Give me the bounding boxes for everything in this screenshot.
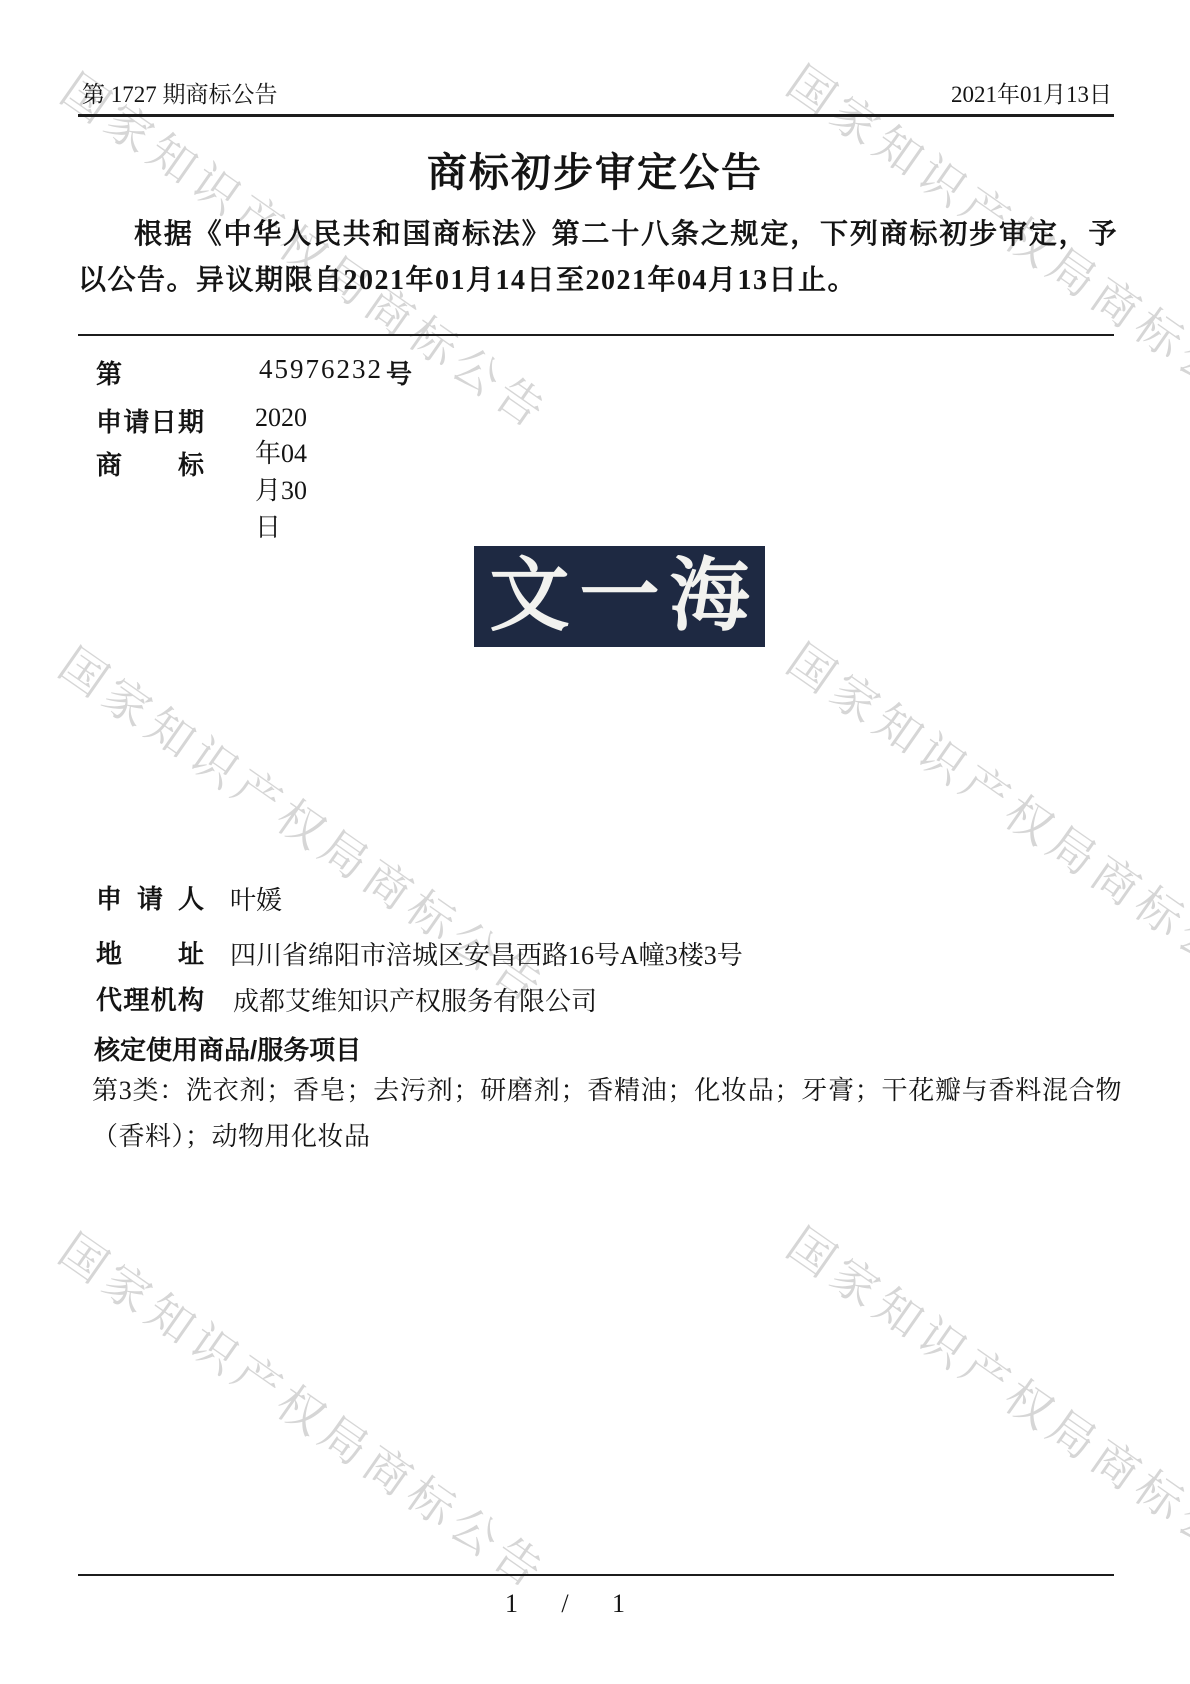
trademark-image: 文一海 [474, 546, 765, 647]
number-suffix-label: 号 [386, 354, 412, 391]
intro-paragraph: 根据《中华人民共和国商标法》第二十八条之规定，下列商标初步审定，予以公告。异议期… [78, 212, 1118, 304]
address-value: 四川省绵阳市涪城区安昌西路16号A幢3楼3号 [230, 935, 743, 972]
agency-label: 代理机构 [96, 980, 204, 1017]
address-label: 地址 [96, 934, 204, 971]
agency-row: 代理机构 成都艾维知识产权服务有限公司 [96, 980, 204, 1017]
content-layer: 第 1727 期商标公告 2021年01月13日 商标初步审定公告 根据《中华人… [0, 0, 1190, 1684]
mark-label-row: 商标 [96, 445, 204, 482]
applicant-name-value: 叶媛 [230, 880, 282, 917]
trademark-text: 文一海 [480, 557, 760, 637]
current-page: 1 [505, 1589, 518, 1619]
application-date-value: 2020年04月30日 [255, 403, 307, 544]
applicant-name-row: 申请人 叶媛 [96, 879, 204, 916]
mark-label: 商标 [96, 445, 204, 482]
header-divider [78, 114, 1114, 117]
page-number: 1 / 1 [505, 1589, 625, 1619]
gazette-date: 2021年01月13日 [951, 76, 1112, 109]
goods-description: 第3类：洗衣剂；香皂；去污剂；研磨剂；香精油；化妆品；牙膏；干花瓣与香料混合物（… [92, 1068, 1122, 1160]
registration-number: 45976232 [259, 354, 383, 385]
application-date-label: 申请日期 [96, 402, 204, 439]
number-prefix-label: 第 [96, 354, 122, 391]
gazette-page: 国家知识产权局商标公告 国家知识产权局商标公告 国家知识产权局商标公告 国家知识… [0, 0, 1190, 1684]
total-pages: 1 [612, 1589, 625, 1619]
page-separator: / [561, 1589, 568, 1619]
section-divider [78, 334, 1114, 336]
goods-heading: 核定使用商品/服务项目 [94, 1030, 361, 1067]
footer-divider [78, 1574, 1114, 1576]
registration-number-row: 第 45976232 号 [96, 354, 496, 384]
agency-value: 成都艾维知识产权服务有限公司 [233, 981, 597, 1018]
application-date-row: 申请日期 2020年04月30日 [96, 402, 204, 439]
page-title: 商标初步审定公告 [0, 141, 1190, 198]
gazette-issue-label: 第 1727 期商标公告 [82, 76, 278, 109]
applicant-name-label: 申请人 [96, 879, 204, 916]
address-row: 地址 四川省绵阳市涪城区安昌西路16号A幢3楼3号 [96, 934, 204, 971]
